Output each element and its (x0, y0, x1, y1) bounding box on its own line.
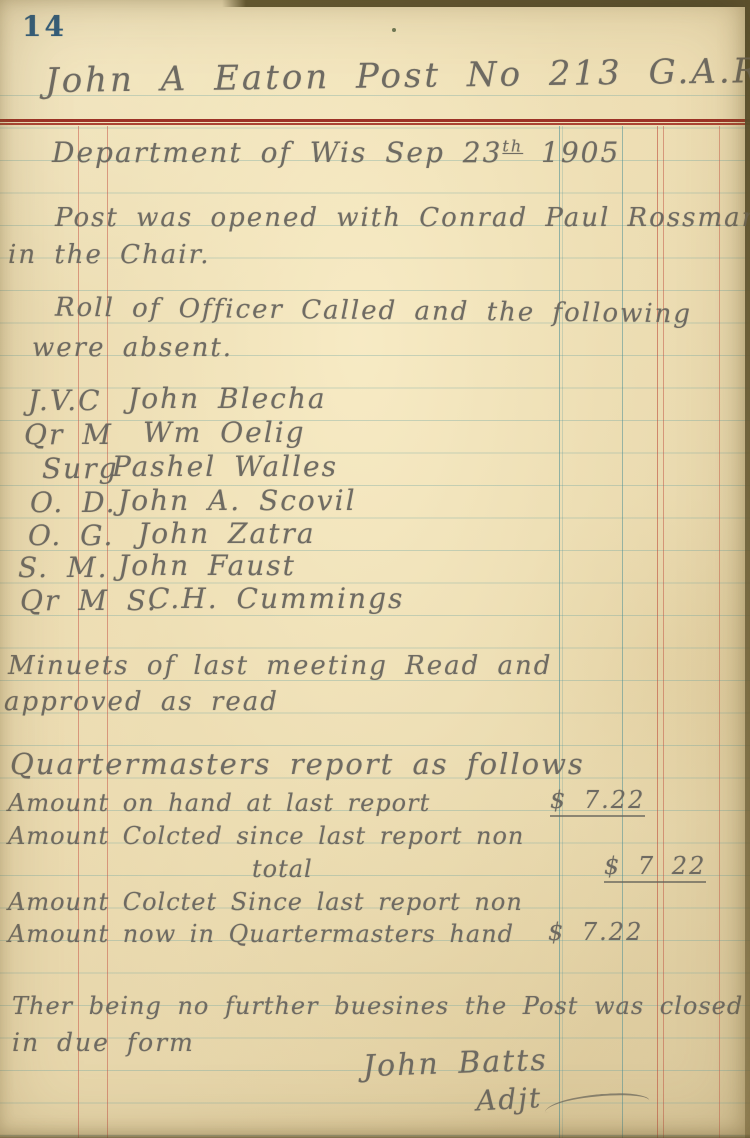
officer-rank: O. D. (30, 486, 116, 519)
dateline-text: Department of Wis Sep 23 (52, 136, 502, 169)
dateline-year: 1905 (523, 136, 620, 169)
signer-title-text: Adjt (475, 1081, 543, 1117)
officer-name: Pashel Walles (112, 450, 338, 483)
closing-line-2: in due form (12, 1028, 195, 1057)
scan-edge-top (222, 0, 750, 7)
right-margin-red-line-3 (719, 126, 720, 1138)
officer-name: Wm Oelig (143, 416, 306, 449)
page-number: 14 (22, 10, 67, 43)
report-row-amount: $ 7.22 (548, 918, 643, 946)
officer-rank: J.V.C (28, 384, 102, 417)
report-row-label: total (252, 855, 313, 883)
officer-name: John Faust (118, 549, 296, 582)
officer-rank: S. M. (18, 551, 109, 584)
ink-speck (392, 28, 396, 32)
dateline: Department of Wis Sep 23th 1905 (52, 136, 620, 169)
officer-name: John A. Scovil (118, 484, 357, 517)
report-row-amount: $ 7 22 (604, 852, 706, 883)
roll-call-line-1: Roll of Officer Called and the following (55, 293, 692, 330)
roll-call-line-2: were absent. (32, 333, 233, 363)
amount-column-teal-line-2 (622, 126, 623, 1138)
officer-name: John Blecha (128, 382, 327, 415)
right-margin-red-line-2 (663, 126, 664, 1138)
report-title: Quartermasters report as follows (10, 747, 585, 781)
opening-line-1: Post was opened with Conrad Paul Rossman (55, 203, 750, 233)
red-header-rule (0, 119, 750, 127)
left-margin-red-line-2 (107, 126, 108, 1138)
right-margin-red-line-1 (657, 126, 658, 1138)
officer-rank: Surg (42, 452, 119, 485)
left-margin-red-line-1 (78, 126, 79, 1138)
officer-rank: O. G. (28, 519, 114, 552)
officer-rank: Qr M (24, 418, 113, 451)
report-row-label: Amount on hand at last report (8, 789, 430, 817)
officer-name: John Zatra (138, 517, 316, 550)
dateline-ordinal: th (502, 137, 523, 156)
scan-edge-bottom (0, 1134, 750, 1138)
report-row-label: Amount now in Quartermasters hand (8, 920, 514, 948)
opening-line-2: in the Chair. (8, 240, 210, 270)
signer-title: Adjt (475, 1075, 650, 1117)
minutes-line-2: approved as read (4, 687, 279, 717)
signature-flourish (544, 1091, 650, 1112)
ledger-page: 14 John A Eaton Post No 213 G.A.R. Depar… (0, 0, 750, 1138)
officer-name: C.H. Cummings (148, 582, 404, 615)
closing-line-1: Ther being no further buesines the Post … (12, 992, 743, 1020)
officer-rank: Qr M S. (20, 584, 158, 617)
minutes-line-1: Minuets of last meeting Read and (8, 651, 552, 681)
report-row-label: Amount Colcted since last report non (8, 822, 524, 850)
report-row-amount: $ 7.22 (550, 786, 645, 817)
ledger-title: John A Eaton Post No 213 G.A.R. (45, 51, 750, 101)
report-row-label: Amount Colctet Since last report non (8, 888, 523, 916)
scan-edge-right (745, 0, 750, 1138)
signature: John Batts (362, 1043, 548, 1084)
amount-column-teal-line-1 (559, 126, 560, 1138)
